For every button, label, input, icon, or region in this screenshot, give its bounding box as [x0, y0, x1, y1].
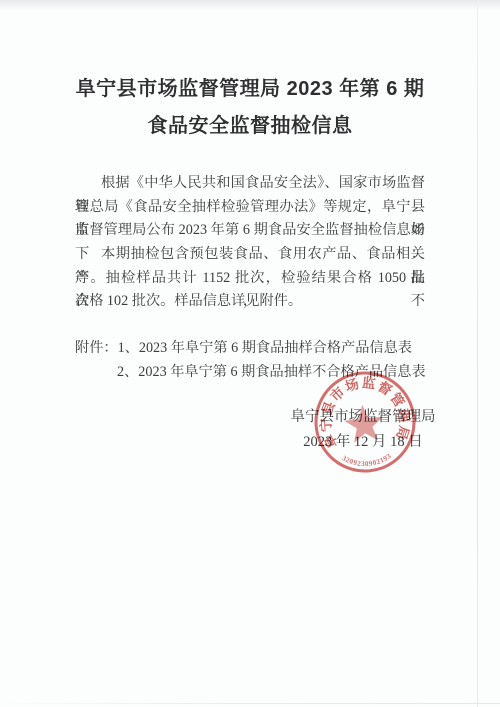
document-title-line2: 食品安全监督抽检信息	[0, 109, 500, 138]
document-title-line1: 阜宁县市场监督管理局 2023 年第 6 期	[0, 72, 500, 101]
attachments-label: 附件：	[75, 340, 118, 356]
paragraph1-line3: 监督管理局公布 2023 年第 6 期食品安全监督抽检信息如下：	[75, 219, 425, 243]
paragraph2-line1: 本期抽检包含预包装食品、食用农产品、食品相关产品	[75, 243, 425, 267]
document-body: 根据《中华人民共和国食品安全法》、国家市场监督管 理总局《食品安全抽样检验管理办…	[75, 172, 425, 314]
scan-artifact-bottom-edge	[0, 703, 500, 704]
paragraph2-line2: 等。抽检样品共计 1152 批次，检验结果合格 1050 批次，不	[75, 267, 425, 291]
scan-artifact-top-shadow	[0, 0, 500, 10]
paragraph1-line2: 理总局《食品安全抽样检验管理办法》等规定，阜宁县市场	[75, 196, 425, 220]
official-seal-stamp: 阜宁县市场监督管理局 3209230902193	[288, 345, 442, 499]
paragraph1-line1: 根据《中华人民共和国食品安全法》、国家市场监督管	[75, 172, 425, 196]
seal-star-icon	[343, 403, 386, 444]
scan-artifact-right-edge	[477, 0, 478, 707]
document-page: 阜宁县市场监督管理局 2023 年第 6 期 食品安全监督抽检信息 根据《中华人…	[0, 0, 500, 707]
